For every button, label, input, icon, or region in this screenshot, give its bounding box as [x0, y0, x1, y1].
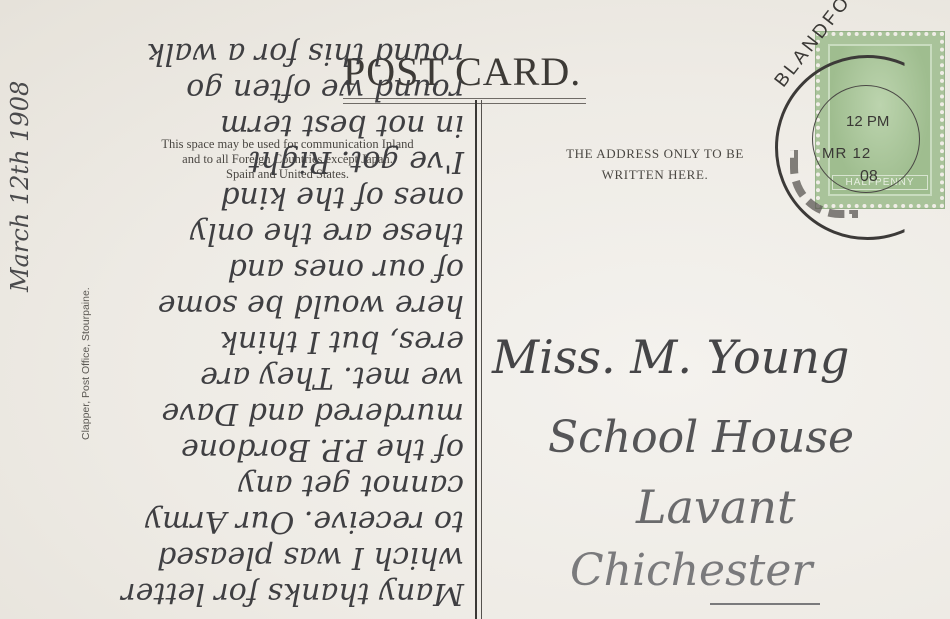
address-street: School House [548, 412, 854, 463]
center-divider [475, 100, 482, 619]
message-line: of our ones and [228, 252, 464, 287]
message-line: we met. They are [200, 360, 464, 395]
message-line: round we often go [186, 72, 464, 107]
message-line: here would be some [158, 288, 464, 323]
message-line: Many thanks for letter [121, 576, 464, 611]
message-line: I've got. Right [249, 144, 465, 179]
postmark-year: 08 [860, 168, 878, 186]
message-line: cannot get any [238, 468, 464, 503]
address-name: Miss. M. Young [492, 330, 849, 384]
postcard-back: POST CARD. This space may be used for co… [0, 0, 950, 619]
address-notice-line: WRITTEN HERE. [520, 164, 790, 185]
postmark-date: MR 12 [822, 145, 871, 162]
address-town-text: Chichester [570, 545, 812, 596]
message-line: which I was pleased [157, 540, 464, 575]
message-line: ones of the kind [220, 180, 464, 215]
address-notice-line: THE ADDRESS ONLY TO BE [520, 143, 790, 164]
message-line: round this for a walk [147, 36, 465, 71]
handwritten-message: Many thanks for letter which I was pleas… [2, 0, 472, 619]
address-town: Chichester [570, 545, 812, 596]
address-notice: THE ADDRESS ONLY TO BE WRITTEN HERE. [520, 143, 790, 185]
address-village: Lavant [636, 480, 796, 534]
message-line: of the P.P. Bordone [181, 432, 464, 467]
message-line: murdered and Dave [162, 396, 465, 431]
postmark-time: 12 PM [846, 113, 889, 130]
address-underline [710, 603, 820, 605]
message-line: eres, but I think [220, 324, 464, 359]
message-line: in not best term [220, 108, 464, 143]
message-line: these are the only [190, 216, 464, 251]
message-line: to receive. Our Army [145, 504, 464, 539]
